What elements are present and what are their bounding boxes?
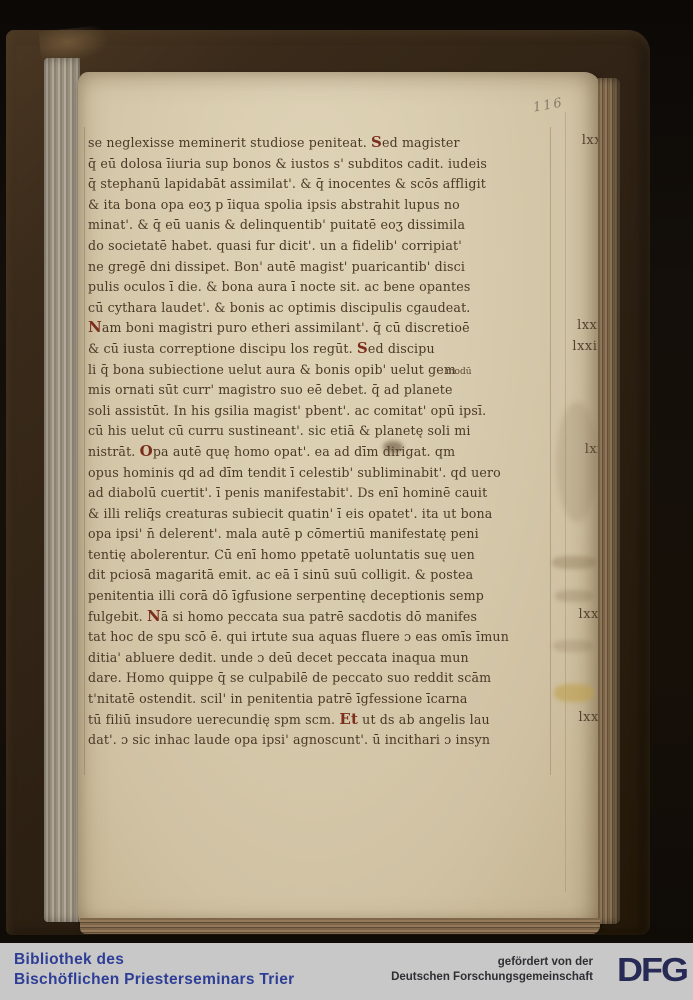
line-text: dare. Homo quippe q̄ se culpabilē de pec… <box>88 670 491 685</box>
line-text: fulgebit. <box>88 609 147 624</box>
manuscript-text-line: li q̄ bona subiectione uelut aura & boni… <box>88 360 550 381</box>
page-edges-right <box>598 78 620 924</box>
line-text: dat'. ɔ sic inhac laude opa ipsi' agnosc… <box>88 732 490 747</box>
funding-credit: gefördert von der Deutschen Forschungsge… <box>391 955 593 985</box>
rubricated-initial: O <box>140 442 153 460</box>
manuscript-photo: 116 se neglexisse meminerit studiose pen… <box>0 0 693 943</box>
funding-credit-line1: gefördert von der <box>391 955 593 970</box>
ghost-marginalia <box>553 640 593 652</box>
line-text: nistrāt. <box>88 444 140 459</box>
line-text: mis ornati sūt curr' magistro suo eē deb… <box>88 382 453 397</box>
manuscript-text-line: mis ornati sūt curr' magistro suo eē deb… <box>88 380 550 401</box>
rubricated-initial: N <box>147 607 161 625</box>
manuscript-text-line: cū his uelut cū curru sustineant'. sic e… <box>88 421 550 442</box>
manuscript-text-line: ad diabolū cuertit'. ī penis manifestabi… <box>88 483 550 504</box>
ink-smudge <box>383 441 403 453</box>
line-text: opa ipsi' n̄ delerent'. mala autē p cōme… <box>88 526 479 541</box>
faded-patch <box>556 402 598 522</box>
line-text: & ita bona opa eoʒ p īiqua spolia ipsis … <box>88 197 460 212</box>
manuscript-text-line: ditia' abluere dedit. unde ɔ deū decet p… <box>88 648 550 669</box>
rubricated-initial: S <box>357 339 368 357</box>
manuscript-text-line: nistrāt. Opa autē quę homo opat'. ea ad … <box>88 442 550 463</box>
manuscript-text-line: tū filiū insudore uerecundię spm scm. Et… <box>88 710 550 731</box>
line-text: & cū iusta correptione discipu los regūt… <box>88 341 357 356</box>
ghost-marginalia <box>552 556 596 569</box>
manuscript-text-line: penitentia illi corā dō īgfusione serpen… <box>88 586 550 607</box>
ruling-line-right <box>550 127 551 775</box>
manuscript-page: 116 se neglexisse meminerit studiose pen… <box>78 72 600 930</box>
ghost-marginalia <box>555 590 593 602</box>
line-text: opus hominis qd ad dīm tendit ī celestib… <box>88 465 501 480</box>
page-edges-left <box>44 58 80 922</box>
manuscript-text-block: se neglexisse meminerit studiose penitea… <box>88 133 550 751</box>
line-text: & illi reliq̄s creaturas subiecit quatin… <box>88 506 492 521</box>
line-text: dit pciosā magaritā emit. ac eā ī sinū s… <box>88 567 473 582</box>
line-text: tū filiū insudore uerecundię spm scm. <box>88 712 339 727</box>
line-text: li q̄ bona subiectione uelut aura & boni… <box>88 362 456 377</box>
line-text: q̄ stephanū lapidabāt assimilat'. & q̄ i… <box>88 176 486 191</box>
manuscript-text-line: tentię abolerentur. Cū enī homo ppetatē … <box>88 545 550 566</box>
library-credit-line1: Bibliothek des <box>14 950 294 970</box>
line-text: ed magister <box>382 135 460 150</box>
line-text: ditia' abluere dedit. unde ɔ deū decet p… <box>88 650 469 665</box>
line-text: pa autē quę homo opat'. ea ad dīm diriga… <box>153 444 455 459</box>
manuscript-text-line: ne gregē dni dissipet. Bon' autē magist'… <box>88 257 550 278</box>
manuscript-text-line: & illi reliq̄s creaturas subiecit quatin… <box>88 504 550 525</box>
library-credit-line2: Bischöflichen Priesterseminars Trier <box>14 970 294 990</box>
manuscript-text-line: tat hoc de spu scō ē. qui irtute sua aqu… <box>88 627 550 648</box>
page-edges-bottom <box>80 918 600 934</box>
interlinear-correction: modū <box>446 367 472 377</box>
library-credit: Bibliothek des Bischöflichen Priestersem… <box>14 950 294 990</box>
line-text: t'nitatē ostendit. scil' in penitentia p… <box>88 691 468 706</box>
line-text: ad diabolū cuertit'. ī penis manifestabi… <box>88 485 487 500</box>
manuscript-text-line: t'nitatē ostendit. scil' in penitentia p… <box>88 689 550 710</box>
line-text: tat hoc de spu scō ē. qui irtute sua aqu… <box>88 629 509 644</box>
line-text: am boni magistri puro etheri assimilant'… <box>102 320 470 335</box>
manuscript-text-line: Nam boni magistri puro etheri assimilant… <box>88 318 550 339</box>
manuscript-text-line: opa ipsi' n̄ delerent'. mala autē p cōme… <box>88 524 550 545</box>
line-text: q̄ eū dolosa īiuria sup bonos & iustos s… <box>88 156 487 171</box>
manuscript-text-line: dare. Homo quippe q̄ se culpabilē de pec… <box>88 668 550 689</box>
rubricated-initial: N <box>88 318 102 336</box>
line-text: soli assistūt. In his gsilia magist' pbe… <box>88 403 486 418</box>
line-text: ā si homo peccata sua patrē sacdotis dō … <box>161 609 477 624</box>
manuscript-text-line: cū cythara laudet'. & bonis ac optimis d… <box>88 298 550 319</box>
funding-credit-line2: Deutschen Forschungsgemeinschaft <box>391 970 593 985</box>
line-text: penitentia illi corā dō īgfusione serpen… <box>88 588 484 603</box>
line-text: pulis oculos ī die. & bona aura ī nocte … <box>88 279 470 294</box>
line-text: cū cythara laudet'. & bonis ac optimis d… <box>88 300 470 315</box>
line-text: ut ds ab angelis lau <box>358 712 490 727</box>
manuscript-text-line: & ita bona opa eoʒ p īiqua spolia ipsis … <box>88 195 550 216</box>
rubricated-initial: Et <box>339 710 358 728</box>
manuscript-text-line: & cū iusta correptione discipu los regūt… <box>88 339 550 360</box>
ruling-line-left <box>84 127 85 775</box>
line-text: tentię abolerentur. Cū enī homo ppetatē … <box>88 547 475 562</box>
yellow-edge-mark <box>554 684 594 702</box>
rubricated-initial: S <box>371 133 382 151</box>
manuscript-text-line: soli assistūt. In his gsilia magist' pbe… <box>88 401 550 422</box>
manuscript-text-line: dit pciosā magaritā emit. ac eā ī sinū s… <box>88 565 550 586</box>
footer-band: Bibliothek des Bischöflichen Priestersem… <box>0 943 693 1000</box>
line-text: minat'. & q̄ eū uanis & delinquentib' pu… <box>88 217 465 232</box>
line-text: ed discipu <box>368 341 435 356</box>
manuscript-text-line: fulgebit. Nā si homo peccata sua patrē s… <box>88 607 550 628</box>
manuscript-text-line: opus hominis qd ad dīm tendit ī celestib… <box>88 463 550 484</box>
manuscript-text-line: dat'. ɔ sic inhac laude opa ipsi' agnosc… <box>88 730 550 751</box>
manuscript-text-line: q̄ stephanū lapidabāt assimilat'. & q̄ i… <box>88 174 550 195</box>
pencil-folio-number: 116 <box>532 95 565 115</box>
manuscript-text-line: minat'. & q̄ eū uanis & delinquentib' pu… <box>88 215 550 236</box>
line-text: do societatē habet. quasi fur dicit'. un… <box>88 238 462 253</box>
manuscript-text-line: do societatē habet. quasi fur dicit'. un… <box>88 236 550 257</box>
line-text: cū his uelut cū curru sustineant'. sic e… <box>88 423 471 438</box>
dfg-logo: DFG <box>617 951 687 990</box>
line-text: se neglexisse meminerit studiose penitea… <box>88 135 371 150</box>
manuscript-text-line: q̄ eū dolosa īiuria sup bonos & iustos s… <box>88 154 550 175</box>
line-text: ne gregē dni dissipet. Bon' autē magist'… <box>88 259 465 274</box>
manuscript-text-line: se neglexisse meminerit studiose penitea… <box>88 133 550 154</box>
manuscript-text-line: pulis oculos ī die. & bona aura ī nocte … <box>88 277 550 298</box>
